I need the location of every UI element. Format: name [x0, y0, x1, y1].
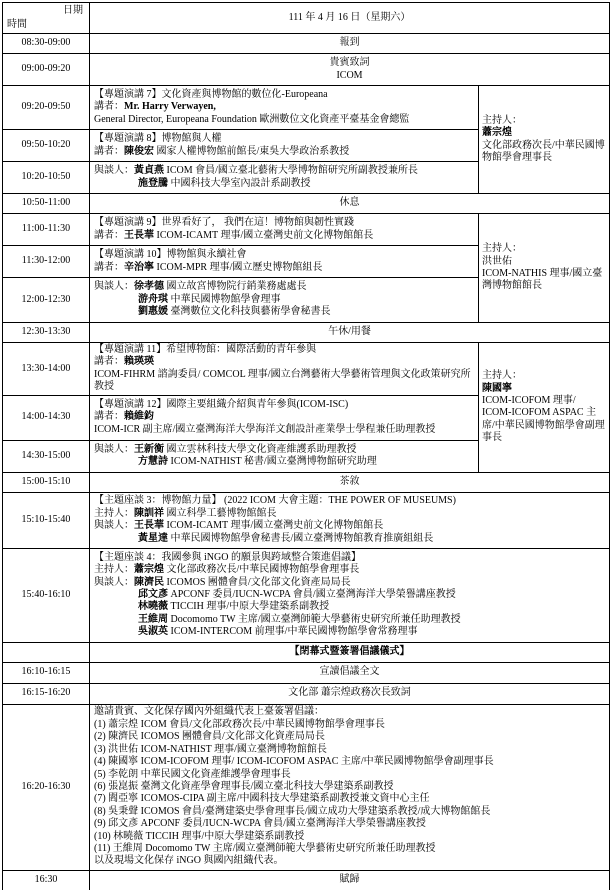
text-line: General Director, Europeana Foundation 歐… [94, 114, 474, 126]
time-cell: 09:50-10:20 [3, 130, 90, 162]
text-line: 蕭宗煌 [482, 127, 606, 139]
time-cell: 13:30-14:00 [3, 343, 90, 396]
text-line: 吳淑英 ICOM-INTERCOM 前理事/中華民國博物館學會常務理事 [94, 626, 605, 638]
text-line: 洪世佑 [482, 256, 606, 268]
text-line: 與談人：徐孝德 國立故宮博物院行銷業務處處長 [94, 281, 474, 293]
text-line: ICOM-ICOFOM 理事/ ICOM-ICOFOM ASPAC 主席/中華民… [482, 395, 606, 445]
text-line: 文化部政務次長/中華民國博物館學會理事長 [482, 140, 606, 165]
text-line: 游舟琪 中華民國博物館學會理事 [94, 294, 474, 306]
date-label: 日期 [63, 5, 83, 17]
time-cell: 09:20-09:50 [3, 86, 90, 130]
row-1330: 13:30-14:00 【專題演講 11】希望博物館：國際活動的青年參與講者：賴… [3, 343, 610, 396]
session-cell: 與談人：黃貞燕 ICOM 會員/國立臺北藝術大學博物館研究所副教授兼所長施登騰 … [90, 162, 479, 194]
text-line: 王維周 Docomomo TW 主席/國立臺灣師範大學藝術史研究所兼任助理教授 [94, 614, 605, 626]
text-line: 主持人：陳訓祥 國立科學工藝博物館館長 [94, 508, 605, 520]
event-cell: 茶敘 [90, 472, 610, 492]
row-1540: 15:40-16:10 【主題座談 4：我國參與 iNGO 的願景與跨域整合策進… [3, 548, 610, 642]
text-line: 【閉幕式暨簽署倡議儀式】 [94, 646, 605, 658]
time-cell: 14:00-14:30 [3, 395, 90, 440]
session-cell: 【專題演講 11】希望博物館：國際活動的青年參與講者：賴瑛瑛ICOM-FIHRM… [90, 343, 479, 396]
text-line: 【專題演講 10】博物館與永續社會 [94, 249, 474, 261]
text-line: 【專題演講 8】博物館與人權 [94, 133, 474, 145]
text-line: ICOM-ICR 副主席/國立臺灣海洋大學海洋文創設計產業學士學程兼任助理教授 [94, 424, 474, 436]
text-line: 黃星達 中華民國博物館學會秘書長/國立臺灣博物館教育推廣組組長 [94, 533, 605, 545]
text-line: 【專題演講 11】希望博物館：國際活動的青年參與 [94, 344, 474, 356]
moderator-cell: 主持人：蕭宗煌文化部政務次長/中華民國博物館學會理事長 [479, 86, 610, 194]
event-cell: 休息 [90, 194, 610, 214]
text-line: (8) 吳秉聲 ICOMOS 會員/臺灣建築史學會理事長/國立成功大學建築系教授… [94, 806, 605, 818]
time-cell: 16:20-16:30 [3, 704, 90, 870]
event-cell: 文化部 蕭宗煌政務次長致詞 [90, 683, 610, 704]
session-cell: 【專題演講 9】世界看好了， 我們在這！博物館與韌性實踐講者：王長華 ICOM-… [90, 214, 479, 246]
date-value-cell: 111 年 4 月 16 日（星期六） [90, 3, 610, 34]
event-cell: 午休/用餐 [90, 323, 610, 343]
text-line: 林曉薇 TICCIH 理事/中原大學建築系副教授 [94, 601, 605, 613]
text-line: 講者：Mr. Harry Verwayen, [94, 101, 474, 113]
row-1610: 16:10-16:15 宣讀倡議全文 [3, 662, 610, 683]
row-1510: 15:10-15:40 【主題座談 3：博物館力量】 (2022 ICOM 大會… [3, 492, 610, 548]
time-cell: 16:10-16:15 [3, 662, 90, 683]
text-line: 【主題座談 3：博物館力量】 (2022 ICOM 大會主題：THE POWER… [94, 495, 605, 507]
text-line: ICOM [94, 70, 605, 82]
event-cell: 貴賓致詞ICOM [90, 54, 610, 86]
time-cell: 11:30-12:00 [3, 246, 90, 278]
text-line: 主持人： [482, 243, 606, 255]
text-line: 【主題座談 4：我國參與 iNGO 的願景與跨域整合策進倡議】 [94, 552, 605, 564]
text-line: 講者：陳俊宏 國家人權博物館前館長/東吳大學政治系教授 [94, 146, 474, 158]
text-line: 【專題演講 12】國際主要組織介紹與青年參與(ICOM-ISC) [94, 399, 474, 411]
session-cell: 與談人：王新衡 國立雲林科技大學文化資產維護系助理教授方慧詩 ICOM-NATH… [90, 440, 479, 472]
row-1100: 11:00-11:30 【專題演講 9】世界看好了， 我們在這！博物館與韌性實踐… [3, 214, 610, 246]
signing-list-cell: 邀請貴賓、文化保存國內外組織代表上臺簽署倡議：(1) 蕭宗煌 ICOM 會員/文… [90, 704, 610, 870]
moderator-cell: 主持人：陳國寧ICOM-ICOFOM 理事/ ICOM-ICOFOM ASPAC… [479, 343, 610, 473]
event-cell: 賦歸 [90, 870, 610, 890]
text-line: 邱文彥 APCONF 委員/IUCN-WCPA 會員/國立臺灣海洋大學榮譽講座教… [94, 589, 605, 601]
text-line: 貴賓致詞 [94, 57, 605, 69]
text-line: (7) 閻亞寧 ICOMOS-CIPA 副主席/中國科技大學建築系副教授兼文資中… [94, 793, 605, 805]
session-cell: 與談人：徐孝德 國立故宮博物院行銷業務處處長游舟琪 中華民國博物館學會理事劉惠媛… [90, 278, 479, 323]
session-cell: 【主題座談 4：我國參與 iNGO 的願景與跨域整合策進倡議】主持人：蕭宗煌 文… [90, 548, 610, 642]
time-cell: 15:40-16:10 [3, 548, 90, 642]
row-0920: 09:20-09:50 【專題演講 7】文化資產與博物館的數位化-Europea… [3, 86, 610, 130]
time-cell: 11:00-11:30 [3, 214, 90, 246]
session-cell: 【專題演講 12】國際主要組織介紹與青年參與(ICOM-ISC)講者：賴維鈞IC… [90, 395, 479, 440]
agenda-page: 日期 時間 111 年 4 月 16 日（星期六） 08:30-09:00 報到… [0, 0, 611, 890]
row-0830: 08:30-09:00 報到 [3, 34, 610, 54]
time-cell: 14:30-15:00 [3, 440, 90, 472]
event-cell: 報到 [90, 34, 610, 54]
session-cell: 【專題演講 10】博物館與永續社會講者：辛治寧 ICOM-MPR 理事/國立歷史… [90, 246, 479, 278]
session-cell: 【專題演講 7】文化資產與博物館的數位化-Europeana講者：Mr. Har… [90, 86, 479, 130]
text-line: 主持人：蕭宗煌 文化部政務次長/中華民國博物館學會理事長 [94, 564, 605, 576]
text-line: (9) 邱文彥 APCONF 委員/IUCN-WCPA 會員/國立臺灣海洋大學榮… [94, 818, 605, 830]
row-1630: 16:30 賦歸 [3, 870, 610, 890]
text-line: ICOM-FIHRM 諮詢委員/ COMCOL 理事/國立台灣藝術大學藝術管理與… [94, 369, 474, 394]
time-cell [3, 642, 90, 662]
text-line: (10) 林曉薇 TICCIH 理事/中原大學建築系副教授 [94, 831, 605, 843]
datetime-header-cell: 日期 時間 [3, 3, 90, 34]
time-cell: 16:15-16:20 [3, 683, 90, 704]
text-line: 【專題演講 9】世界看好了， 我們在這！博物館與韌性實踐 [94, 217, 474, 229]
text-line: (4) 陳國寧 ICOM-ICOFOM 理事/ ICOM-ICOFOM ASPA… [94, 756, 605, 768]
session-cell: 【專題演講 8】博物館與人權講者：陳俊宏 國家人權博物館前館長/東吳大學政治系教… [90, 130, 479, 162]
text-line: 【專題演講 7】文化資產與博物館的數位化-Europeana [94, 89, 474, 101]
text-line: 講者：賴瑛瑛 [94, 356, 474, 368]
text-line: 邀請貴賓、文化保存國內外組織代表上臺簽署倡議： [94, 706, 605, 718]
time-cell: 10:20-10:50 [3, 162, 90, 194]
text-line: 與談人：黃貞燕 ICOM 會員/國立臺北藝術大學博物館研究所副教授兼所長 [94, 165, 474, 177]
time-label: 時間 [7, 19, 27, 31]
text-line: 陳國寧 [482, 383, 606, 395]
text-line: 與談人：王長華 ICOM-ICAMT 理事/國立臺灣史前文化博物館館長 [94, 520, 605, 532]
text-line: ICOM-NATHIS 理事/國立臺灣博物館館長 [482, 268, 606, 293]
event-cell: 宣讀倡議全文 [90, 662, 610, 683]
text-line: 施登騰 中國科技大學室內設計系副教授 [94, 178, 474, 190]
row-1050: 10:50-11:00 休息 [3, 194, 610, 214]
time-cell: 12:30-13:30 [3, 323, 90, 343]
text-line: (5) 李乾朗 中華民國文化資產維護學會理事長 [94, 769, 605, 781]
text-line: (1) 蕭宗煌 ICOM 會員/文化部政務次長/中華民國博物館學會理事長 [94, 719, 605, 731]
text-line: 與談人：陳濟民 ICOMOS 團體會員/文化部文化資產局局長 [94, 577, 605, 589]
text-line: (11) 王維周 Docomomo TW 主席/國立臺灣師範大學藝術史研究所兼任… [94, 843, 605, 855]
text-line: 方慧詩 ICOM-NATHIST 秘書/國立臺灣博物館研究助理 [94, 456, 474, 468]
text-line: 講者：王長華 ICOM-ICAMT 理事/國立臺灣史前文化博物館館長 [94, 230, 474, 242]
agenda-table: 日期 時間 111 年 4 月 16 日（星期六） 08:30-09:00 報到… [2, 2, 610, 890]
row-1620: 16:20-16:30 邀請貴賓、文化保存國內外組織代表上臺簽署倡議：(1) 蕭… [3, 704, 610, 870]
row-1230: 12:30-13:30 午休/用餐 [3, 323, 610, 343]
row-closing: 【閉幕式暨簽署倡議儀式】 [3, 642, 610, 662]
time-cell: 08:30-09:00 [3, 34, 90, 54]
text-line: 劉惠媛 臺灣數位文化科技與藝術學會秘書長 [94, 306, 474, 318]
time-cell: 12:00-12:30 [3, 278, 90, 323]
text-line: (3) 洪世佑 ICOM-NATHIST 理事/國立臺灣博物館館長 [94, 744, 605, 756]
session-cell: 【主題座談 3：博物館力量】 (2022 ICOM 大會主題：THE POWER… [90, 492, 610, 548]
text-line: (6) 張崑振 臺灣文化資產學會理事長/國立臺北科技大學建築系副教授 [94, 781, 605, 793]
text-line: 講者：辛治寧 ICOM-MPR 理事/國立歷史博物館組長 [94, 262, 474, 274]
text-line: 與談人：王新衡 國立雲林科技大學文化資產維護系助理教授 [94, 444, 474, 456]
text-line: 講者：賴維鈞 [94, 411, 474, 423]
text-line: (2) 陳濟民 ICOMOS 團體會員/文化部文化資產局局長 [94, 731, 605, 743]
time-cell: 16:30 [3, 870, 90, 890]
row-1615: 16:15-16:20 文化部 蕭宗煌政務次長致詞 [3, 683, 610, 704]
header-row: 日期 時間 111 年 4 月 16 日（星期六） [3, 3, 610, 34]
time-cell: 10:50-11:00 [3, 194, 90, 214]
row-1500: 15:00-15:10 茶敘 [3, 472, 610, 492]
text-line: 主持人： [482, 370, 606, 382]
time-cell: 15:00-15:10 [3, 472, 90, 492]
time-cell: 15:10-15:40 [3, 492, 90, 548]
moderator-cell: 主持人：洪世佑ICOM-NATHIS 理事/國立臺灣博物館館長 [479, 214, 610, 323]
text-line: 主持人： [482, 115, 606, 127]
row-0900: 09:00-09:20 貴賓致詞ICOM [3, 54, 610, 86]
time-cell: 09:00-09:20 [3, 54, 90, 86]
text-line: 以及現場文化保存 iNGO 與國內組織代表。 [94, 855, 605, 867]
event-cell: 【閉幕式暨簽署倡議儀式】 [90, 642, 610, 662]
